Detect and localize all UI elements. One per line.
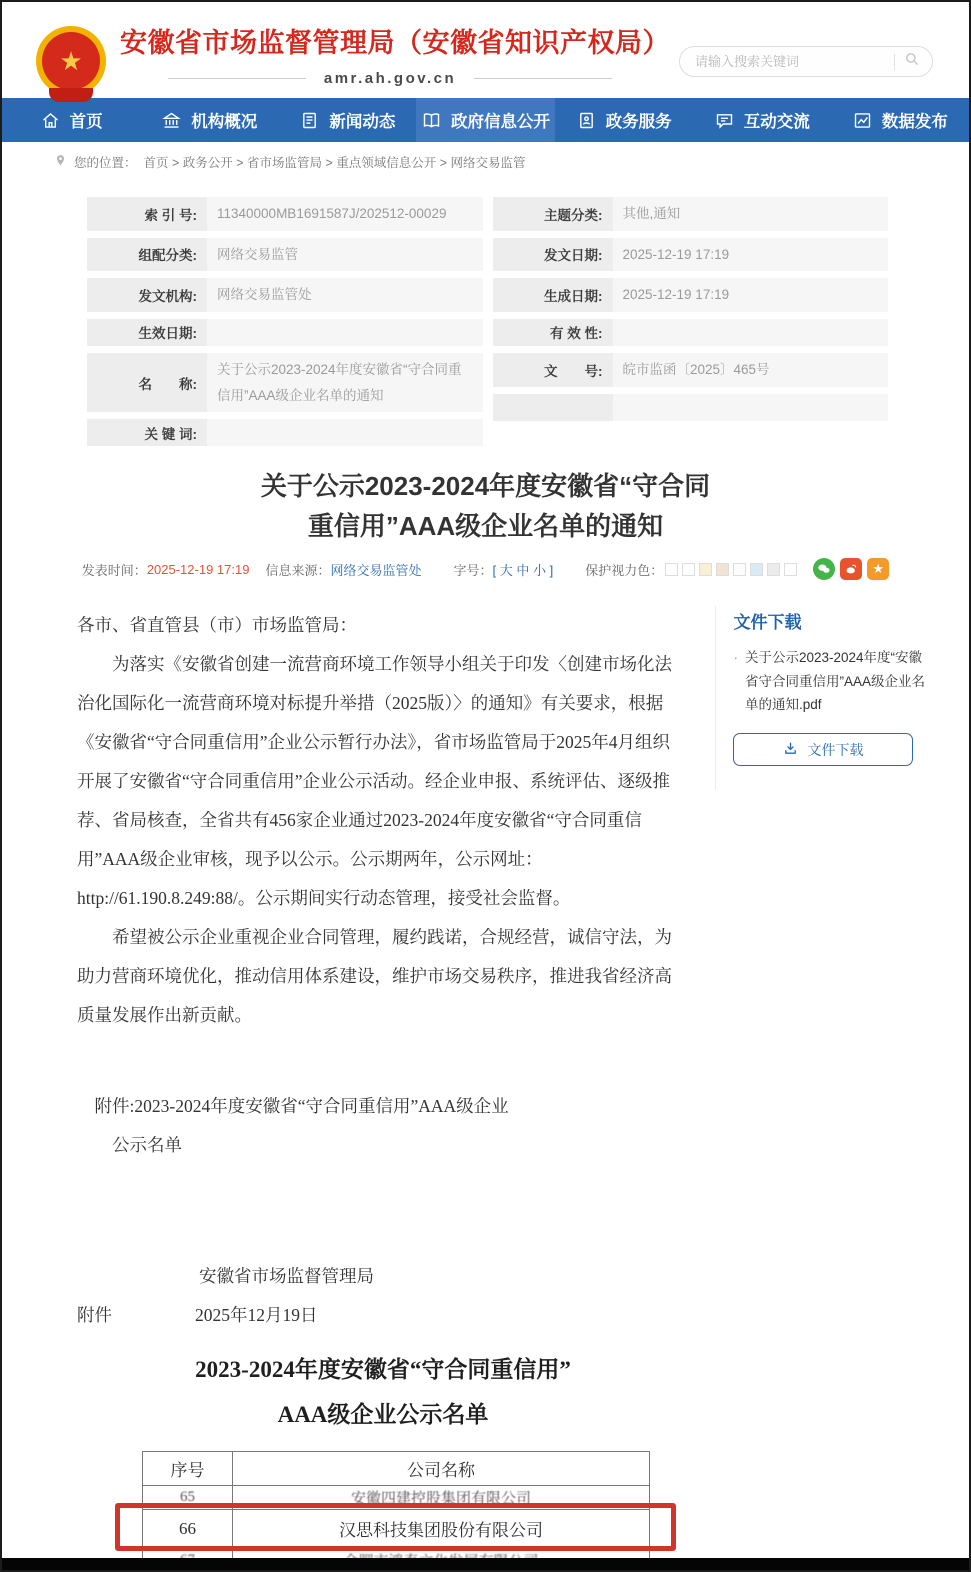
- attachment-section-label: 附件: [77, 1302, 689, 1327]
- meta-label: 发文机构:: [87, 278, 207, 312]
- color-swatch[interactable]: [767, 563, 780, 576]
- doc-meta-right-column: 主题分类: 其他,通知 发文日期: 2025-12-19 17:19 生成日期:…: [493, 197, 889, 446]
- article-title-line1: 关于公示2023-2024年度安徽省“守合同: [2, 466, 969, 506]
- site-title-block: 安徽省市场监督管理局（安徽省知识产权局） amr.ah.gov.cn: [120, 26, 660, 87]
- signature-org: 安徽省市场监督管理局: [195, 1257, 687, 1296]
- nav-item-home[interactable]: 首页: [2, 98, 140, 142]
- meta-row-subject: 主题分类: 其他,通知: [493, 197, 889, 231]
- content-area: 各市、省直管县（市）市场监管局： 为落实《安徽省创建一流营商环境工作领导小组关于…: [77, 606, 927, 1335]
- meta-label: 名 称:: [87, 353, 207, 412]
- search-box[interactable]: [679, 46, 933, 77]
- nav-item-gov-info[interactable]: 政府信息公开: [416, 98, 554, 142]
- meta-value: 关于公示2023-2024年度安徽省“守合同重信用”AAA级企业名单的通知: [207, 353, 483, 412]
- meta-label: 主题分类:: [493, 197, 613, 231]
- file-download-title: 文件下载: [733, 608, 927, 633]
- meta-label: 关 键 词:: [87, 419, 207, 446]
- meta-row-issuing-org: 发文机构: 网络交易监管处: [87, 278, 483, 312]
- nav-label: 首页: [70, 108, 103, 132]
- row-no: 65: [143, 1486, 233, 1510]
- color-swatch[interactable]: [665, 563, 678, 576]
- publish-info-row: 发表时间： 2025-12-19 17:19 信息来源： 网络交易监管处 字号：…: [2, 558, 969, 580]
- meta-row-effective-date: 生效日期:: [87, 319, 483, 346]
- nav-label: 政府信息公开: [451, 108, 550, 132]
- body-paragraph-2: 希望被公示企业重视企业合同管理，履约践诺，合规经营，诚信守法，为助力营商环境优化…: [77, 918, 687, 1035]
- bank-icon: [161, 110, 182, 131]
- download-file-name[interactable]: 关于公示2023-2024年度“安徽省守合同重信用”AAA级企业名单的通知.pd…: [745, 646, 927, 717]
- meta-row-generate-date: 生成日期: 2025-12-19 17:19: [493, 278, 889, 312]
- meta-value: 网络交易监管处: [207, 278, 483, 312]
- search-icon[interactable]: [903, 50, 921, 73]
- attachment-note: 附件:2023-2024年度安徽省“守合同重信用”AAA级企业 公示名单: [77, 1087, 687, 1165]
- breadcrumb: 您的位置： 首页 > 政务公开 > 省市场监管局 > 重点领域信息公开 > 网络…: [2, 142, 969, 177]
- divider: [168, 78, 306, 79]
- nav-label: 机构概况: [191, 108, 257, 132]
- meta-row-issue-date: 发文日期: 2025-12-19 17:19: [493, 238, 889, 272]
- chat-bubble-icon: [714, 110, 735, 131]
- color-swatch[interactable]: [733, 563, 746, 576]
- color-swatch[interactable]: [699, 563, 712, 576]
- eye-protect-swatches: [665, 563, 797, 576]
- nav-item-org-overview[interactable]: 机构概况: [140, 98, 278, 142]
- article-title: 关于公示2023-2024年度安徽省“守合同 重信用”AAA级企业名单的通知: [2, 466, 969, 546]
- search-input[interactable]: [695, 54, 894, 69]
- nav-label: 政务服务: [606, 108, 672, 132]
- meta-row-validity: 有 效 性:: [493, 319, 889, 346]
- document-body: 各市、省直管县（市）市场监管局： 为落实《安徽省创建一流营商环境工作领导小组关于…: [77, 606, 687, 1335]
- attachment-list-title-line1: 2023-2024年度安徽省“守合同重信用”: [77, 1347, 689, 1392]
- national-emblem-logo: ★: [36, 26, 106, 96]
- color-swatch[interactable]: [682, 563, 695, 576]
- meta-row-empty: [493, 394, 889, 421]
- breadcrumb-label: 您的位置：: [74, 153, 137, 171]
- meta-label: 文 号:: [493, 353, 613, 387]
- doc-meta-left-column: 索 引 号: 11340000MB1691587J/202512-00029 组…: [87, 197, 483, 446]
- color-swatch[interactable]: [784, 563, 797, 576]
- attachment-list-title-line2: AAA级企业公示名单: [77, 1392, 689, 1437]
- meta-row-index-no: 索 引 号: 11340000MB1691587J/202512-00029: [87, 197, 483, 231]
- meta-value: [207, 419, 483, 446]
- meta-value: 2025-12-19 17:19: [613, 238, 889, 272]
- meta-value: [613, 394, 889, 421]
- source-label: 信息来源：: [265, 560, 330, 579]
- color-swatch[interactable]: [750, 563, 763, 576]
- table-header-row: 序号 公司名称: [143, 1452, 650, 1486]
- nav-label: 数据发布: [882, 108, 948, 132]
- meta-value: 11340000MB1691587J/202512-00029: [207, 197, 483, 231]
- nav-label: 新闻动态: [329, 108, 395, 132]
- emblem-star-icon: ★: [42, 32, 100, 90]
- browser-page: ★ 安徽省市场监督管理局（安徽省知识产权局） amr.ah.gov.cn 首页: [0, 0, 971, 1572]
- download-file-link[interactable]: · 关于公示2023-2024年度“安徽省守合同重信用”AAA级企业名单的通知.…: [733, 646, 927, 717]
- eye-protect-label: 保护视力色：: [585, 560, 663, 579]
- nav-item-gov-services[interactable]: 政务服务: [555, 98, 693, 142]
- table-row: 65 安徽四建控股集团有限公司: [143, 1486, 650, 1510]
- column-header-no: 序号: [143, 1452, 233, 1486]
- site-url-row: amr.ah.gov.cn: [120, 70, 660, 87]
- favorite-star-icon[interactable]: ★: [867, 558, 889, 580]
- doc-meta-table: 索 引 号: 11340000MB1691587J/202512-00029 组…: [87, 197, 888, 446]
- nav-item-data-release[interactable]: 数据发布: [831, 98, 969, 142]
- file-download-panel: 文件下载 · 关于公示2023-2024年度“安徽省守合同重信用”AAA级企业名…: [715, 606, 927, 790]
- site-header: ★ 安徽省市场监督管理局（安徽省知识产权局） amr.ah.gov.cn: [2, 2, 969, 98]
- column-header-company: 公司名称: [233, 1452, 650, 1486]
- nav-item-news[interactable]: 新闻动态: [278, 98, 416, 142]
- divider: [474, 78, 612, 79]
- meta-value: [207, 319, 483, 346]
- meta-label: 组配分类:: [87, 238, 207, 272]
- attachment-note-line1: 附件:2023-2024年度安徽省“守合同重信用”AAA级企业: [77, 1087, 687, 1126]
- chart-icon: [852, 110, 873, 131]
- meta-row-keywords: 关 键 词:: [87, 419, 483, 446]
- meta-value: 其他,通知: [613, 197, 889, 231]
- file-download-button[interactable]: 文件下载: [733, 733, 913, 766]
- meta-value: 2025-12-19 17:19: [613, 278, 889, 312]
- divider: [894, 54, 895, 70]
- site-url: amr.ah.gov.cn: [324, 70, 456, 87]
- file-download-button-label: 文件下载: [807, 740, 863, 760]
- attachment-list-title: 2023-2024年度安徽省“守合同重信用” AAA级企业公示名单: [77, 1347, 689, 1437]
- meta-label: 生效日期:: [87, 319, 207, 346]
- company-table: 序号 公司名称 65 安徽四建控股集团有限公司 66 汉思科技集团股份有限公司 …: [142, 1451, 650, 1572]
- attachment-section: 附件 2023-2024年度安徽省“守合同重信用” AAA级企业公示名单 序号 …: [77, 1302, 689, 1572]
- meta-row-category: 组配分类: 网络交易监管: [87, 238, 483, 272]
- meta-label: [493, 394, 613, 421]
- nav-label: 互动交流: [744, 108, 810, 132]
- open-book-icon: [421, 110, 442, 131]
- salutation-paragraph: 各市、省直管县（市）市场监管局：: [77, 606, 687, 645]
- download-icon: [783, 741, 798, 759]
- row-company: 安徽四建控股集团有限公司: [233, 1486, 650, 1510]
- meta-label: 发文日期:: [493, 238, 613, 272]
- news-doc-icon: [299, 110, 320, 131]
- location-pin-icon: [54, 153, 67, 171]
- body-paragraph-1: 为落实《安徽省创建一流营商环境工作领导小组关于印发〈创建市场化法治化国际化一流营…: [77, 645, 687, 918]
- row-company: 汉思科技集团股份有限公司: [233, 1510, 650, 1548]
- home-icon: [40, 110, 61, 131]
- share-buttons: ★: [813, 558, 889, 580]
- nav-item-interaction[interactable]: 互动交流: [693, 98, 831, 142]
- bullet-icon: ·: [733, 646, 738, 717]
- meta-label: 索 引 号:: [87, 197, 207, 231]
- meta-value: 皖市监函〔2025〕465号: [613, 353, 889, 387]
- emblem-ribbon: [49, 88, 93, 102]
- weibo-share-icon[interactable]: [840, 558, 862, 580]
- breadcrumb-path[interactable]: 首页 > 政务公开 > 省市场监管局 > 重点领域信息公开 > 网络交易监管: [144, 153, 526, 171]
- publish-time: 2025-12-19 17:19: [147, 562, 250, 577]
- article-title-line2: 重信用”AAA级企业名单的通知: [2, 506, 969, 546]
- main-nav: 首页 机构概况 新闻动态 政府信息公开 政务服务 互动交流 数据发布: [2, 98, 969, 142]
- meta-row-doc-name: 名 称: 关于公示2023-2024年度安徽省“守合同重信用”AAA级企业名单的…: [87, 353, 483, 412]
- font-size-label: 字号：: [454, 560, 493, 579]
- attachment-note-line2: 公示名单: [77, 1126, 687, 1165]
- font-size-options[interactable]: [ 大 中 小 ]: [493, 560, 554, 579]
- meta-label: 有 效 性:: [493, 319, 613, 346]
- table-row-highlighted: 66 汉思科技集团股份有限公司: [143, 1510, 650, 1548]
- meta-label: 生成日期:: [493, 278, 613, 312]
- wechat-share-icon[interactable]: [813, 558, 835, 580]
- meta-row-doc-number: 文 号: 皖市监函〔2025〕465号: [493, 353, 889, 387]
- publish-time-label: 发表时间：: [82, 560, 147, 579]
- color-swatch[interactable]: [716, 563, 729, 576]
- source-value[interactable]: 网络交易监管处: [330, 560, 421, 579]
- company-table-wrap: 序号 公司名称 65 安徽四建控股集团有限公司 66 汉思科技集团股份有限公司 …: [142, 1451, 650, 1572]
- meta-value: 网络交易监管: [207, 238, 483, 272]
- service-doc-icon: [576, 110, 597, 131]
- row-no: 66: [143, 1510, 233, 1548]
- bottom-cutoff-bar: [2, 1558, 969, 1570]
- meta-value: [613, 319, 889, 346]
- site-title: 安徽省市场监督管理局（安徽省知识产权局）: [120, 26, 660, 60]
